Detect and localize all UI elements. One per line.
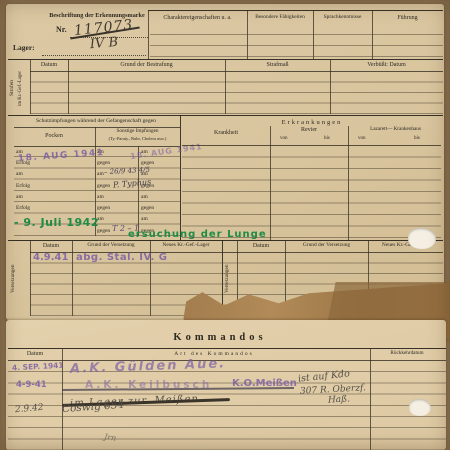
traits-top-border	[148, 10, 443, 11]
punch-hole-top	[408, 228, 436, 249]
nr-label: Nr.	[56, 26, 67, 35]
row-label: am	[141, 216, 148, 222]
pow-record-card-scan: Beschriftung der Erkennungsmarke Nr. 117…	[0, 0, 450, 450]
row-label: am	[141, 194, 148, 200]
date-stamp-juli-1942: - 9. Juli 1942	[14, 217, 99, 229]
versetz-header-datum: Datum	[30, 243, 72, 250]
strafen-side-label-2: im Kr.-Gef.-Lager	[18, 62, 23, 114]
col-von: von	[358, 136, 366, 142]
erkrank-col-revier: Revier	[272, 127, 346, 134]
kommandos-header-datum: Datum	[8, 351, 62, 358]
row-label: gegen	[97, 205, 110, 211]
impf-col-sonstige: Sonstige Impfungen	[96, 129, 179, 135]
col-von: von	[280, 136, 288, 142]
impf-title: Schutzimpfungen während der Gefangenscha…	[14, 118, 178, 124]
traits-header-character: Charaktereigenschaften u. a.	[150, 15, 245, 22]
col-bis: bis	[324, 136, 330, 142]
strafen-header-grund: Grund der Bestrafung	[68, 62, 225, 69]
strafen-header-verbuesst: Verbüßt: Datum	[330, 62, 443, 69]
punch-hole-bottom	[409, 399, 431, 416]
strafen-ruled-lines	[30, 72, 443, 114]
traits-header-conduct: Führung	[374, 15, 441, 22]
impf-col-sonstige-sub: (Ty.-Paraty., Ruhr, Cholera usw.)	[95, 137, 180, 142]
versetz-header-lager: Neues Kr.-Gef.-Lager	[150, 243, 222, 249]
strafen-header-strafmass: Strafmaß	[225, 62, 330, 69]
row-label: am	[97, 171, 104, 177]
transfer-date-stamp: 4.9.41	[33, 252, 68, 263]
traits-header-languages: Sprachkenntnisse	[315, 15, 370, 21]
strafen-header-datum: Datum	[30, 62, 68, 69]
row-label: Erfolg	[16, 205, 30, 211]
divider	[148, 10, 149, 59]
col-bis: bis	[414, 136, 420, 142]
pencil-note-line3: Haß.	[328, 395, 351, 406]
kommandos-header-rueckkehr: Rückkehrdatum	[372, 351, 442, 357]
versetz-header-datum: Datum	[237, 243, 285, 250]
row-label: Erfolg	[16, 183, 30, 189]
lager-label: Lager:	[13, 44, 35, 52]
versetz-top-border	[8, 240, 443, 241]
row-label: gegen	[97, 228, 110, 234]
row-label: gegen	[97, 160, 110, 166]
impf-top-border	[8, 115, 443, 116]
traits-header-skills: Besondere Fähigkeiten	[249, 15, 311, 21]
lager-dotted-line	[42, 55, 146, 56]
versetz-header-grund: Grund der Versetzung	[72, 243, 150, 249]
lager-handwritten-value: IV B	[89, 36, 118, 53]
impf-col-pocken: Pocken	[14, 133, 94, 140]
row-label: gegen	[141, 205, 154, 211]
strafen-side-label-1: Strafen	[9, 64, 15, 112]
erkrank-col-lazarett: Lazarett— Krankenhaus	[350, 127, 441, 133]
pencil-scribble: Jrn	[103, 433, 116, 443]
row-label: gegen	[97, 183, 110, 189]
erkrank-col-krankheit: Krankheit	[182, 130, 270, 137]
row-label: am	[16, 194, 23, 200]
row-label: am	[16, 171, 23, 177]
transfer-destination-stamp: abg. Stal. IV. G	[76, 252, 167, 263]
kommando-row2-date-stamp: 4-9-41	[16, 381, 47, 390]
kommandos-top-border	[8, 348, 446, 349]
versetz-side-label-left: Versetzungen	[11, 248, 17, 310]
row-label: am	[97, 194, 104, 200]
kommandos-title: Kommandos	[140, 332, 300, 344]
id-box-title: Beschriftung der Erkennungsmarke	[36, 13, 158, 20]
versetz-header-grund: Grund der Versetzung	[285, 243, 368, 249]
traits-ruled-lines	[150, 24, 443, 58]
erkrank-ruled-lines	[182, 146, 441, 238]
